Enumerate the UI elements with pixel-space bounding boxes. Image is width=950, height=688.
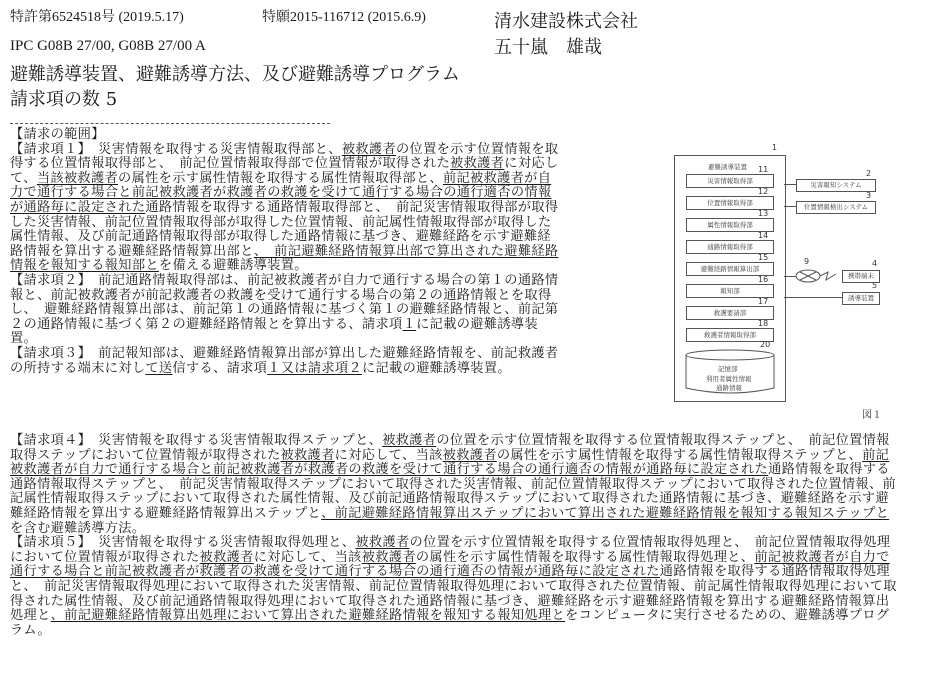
unit-box: 災害情報取得部 xyxy=(686,174,774,188)
claim-text: の位置を示す位置情報を取 xyxy=(396,142,558,157)
underlined-amendment: 被救護者 xyxy=(342,142,396,157)
claim-text: て、 xyxy=(10,171,37,186)
external-ref: 3 xyxy=(866,191,871,200)
claim-text: 取得ステップにおいて位置情報が取得された xyxy=(10,448,280,463)
claim-text-line: 力で通行する場合と前記被救護者が救護者の救護を受けて通行する場合の通行適否の情報 xyxy=(10,186,558,201)
underlined-amendment: 前記被救護者が自 xyxy=(443,171,551,186)
claim-text: 属性情報、及び前記通路情報取得部が取得した通路情報に基づき、避難経路を示す避難経 xyxy=(10,229,551,244)
main-device-label: 避難誘導装置 xyxy=(708,162,747,171)
document-title: 避難誘導装置、避難誘導方法、及び避難誘導プログラム xyxy=(10,63,460,87)
claim-text-line: が通路毎に設定された通路情報を取得する通路情報取得部と、 前記災害情報取得部が取… xyxy=(10,201,558,216)
claim-text: に対応し xyxy=(504,156,558,171)
storage-ref: 20 xyxy=(760,340,770,349)
figure-caption: 図１ xyxy=(862,406,882,421)
claim-text-line: 【請求項２】 前記通路情報取得部は、前記被救護者が自力で通行する場合の第１の通路… xyxy=(10,274,558,289)
ipc-classification: IPC G08B 27/00, G08B 27/00 A xyxy=(10,37,206,55)
claim-text: に記載の避難誘導装 xyxy=(416,317,538,332)
claim-text-line: ２の通路情報に基づく第２の避難経路情報とを算出する、請求項１に記載の避難誘導装 xyxy=(10,318,558,333)
external-ref: 2 xyxy=(866,169,871,178)
application-number: 特願2015-116712 (2015.6.9) xyxy=(262,9,426,27)
claim-count: 請求項の数 5 xyxy=(10,88,117,112)
unit-box: 属性情報取得部 xyxy=(686,218,774,232)
claim-text: の位置を示す位置情報を取得する位置情報取得ステップと、 前記位置情報 xyxy=(436,433,889,448)
claim-text: 記属性情報取得ステップにおいて取得された属性情報、及び前記通路情報取得ステップに… xyxy=(10,491,889,506)
unit-ref: 12 xyxy=(758,187,768,196)
unit-box: 通路情報取得部 xyxy=(686,240,774,254)
underlined-amendment: 当該被救護者 xyxy=(37,171,118,186)
claim-text: 通路情報を取得する通路情報取得処理 xyxy=(660,564,890,579)
network-icon xyxy=(794,268,844,286)
connector xyxy=(784,297,842,298)
underlined-amendment: 被救護者 xyxy=(362,550,416,565)
unit-box: 救護要請部 xyxy=(686,306,774,320)
claim-text: に対応して、当該 xyxy=(335,448,443,463)
claim-text-line: を含む避難誘導方法。 xyxy=(10,522,897,537)
claim-text-line: の所持する端末に対して送信する、請求項１又は請求項２に記載の避難誘導装置。 xyxy=(10,362,558,377)
inventor: 五十嵐 雄哉 xyxy=(494,36,602,60)
claim-text: 通路情報取得ステップと、 前記災害情報取得ステップにおいて取得された災害情報、前… xyxy=(10,477,896,492)
claim-text-line: 被救護者が自力で通行する場合と前記被救護者が救護者の救護を受けて通行する場合の通… xyxy=(10,463,897,478)
claim-text-line: 【請求項３】 前記報知部は、避難経路情報算出部が算出した避難経路情報を、前記救護… xyxy=(10,347,558,362)
underlined-amendment: １ xyxy=(403,317,417,332)
underlined-amendment: 被救護者 xyxy=(200,550,254,565)
claim-text-line: 【請求項１】 災害情報を取得する災害情報取得部と、被救護者の位置を示す位置情報を… xyxy=(10,143,558,158)
claim-text: を備える避難誘導装置。 xyxy=(159,258,308,273)
underlined-amendment: 被救護者 xyxy=(450,156,504,171)
claim-text: した災害情報、前記位置情報取得部が取得した位置情報、前記属性情報取得部が取得した xyxy=(10,215,552,230)
claim-text-line: 取得ステップにおいて位置情報が取得された被救護者に対応して、当該被救護者の属性を… xyxy=(10,449,897,464)
claim-text-line: 報と、前記被救護者が前記救護者の救護を受けて通行する場合の第２の通路情報とを取得 xyxy=(10,289,558,304)
underlined-amendment: 被救護者 xyxy=(382,433,436,448)
claim-text: に記載の避難誘導装置。 xyxy=(362,361,511,376)
unit-ref: 15 xyxy=(758,253,768,262)
claim-text: 【請求項５】 災害情報を取得する災害情報取得処理と、 xyxy=(10,535,355,550)
claim-text: 【請求項１】 災害情報を取得する災害情報取得部と、 xyxy=(10,142,342,157)
claim-text: ラム。 xyxy=(10,623,51,638)
claim-text-line: 記属性情報取得ステップにおいて取得された属性情報、及び前記通路情報取得ステップに… xyxy=(10,492,897,507)
underlined-amendment: 、前記避難経路情報算出処理において算出された避難経路情報を報知する報知処理と xyxy=(51,608,565,623)
connector xyxy=(784,206,796,207)
underlined-amendment: て送 xyxy=(145,361,172,376)
claim-text: 得された属性情報、及び前記通路情報取得処理において取得された通路情報に基づき、避… xyxy=(10,594,889,609)
external-box: 災害報知システム xyxy=(796,179,876,192)
claim-text-line: と、 前記災害情報取得処理において取得された災害情報、前記位置情報取得処理におい… xyxy=(10,580,897,595)
divider xyxy=(10,123,330,124)
claims-block-1: 【請求項１】 災害情報を取得する災害情報取得部と、被救護者の位置を示す位置情報を… xyxy=(10,143,558,377)
claim-text-line: 属性情報、及び前記通路情報取得部が取得した通路情報に基づき、避難経路を示す避難経 xyxy=(10,230,558,245)
underlined-amendment: 被救護者が自力で通行する場合と前記被救護者が救護者の救護を受けて通行する場合の通… xyxy=(10,462,768,477)
claim-text-line: 【請求項５】 災害情報を取得する災害情報取得処理と、被救護者の位置を示す位置情報… xyxy=(10,536,897,551)
claim-text: 通路情報を取得する通路情報取得部と、 前記災害情報取得部が取得 xyxy=(145,200,558,215)
underlined-amendment: 力で通行する場合と前記被救護者が救護者の救護を受けて通行する場合の通行適否の情報 xyxy=(10,185,552,200)
claim-text: を含む避難誘導方法。 xyxy=(10,521,145,536)
claim-text: 難経路情報を算出する避難経路情報算出ステップと xyxy=(10,506,321,521)
claim-text-line: し、 避難経路情報算出部は、前記第１の通路情報に基づく第１の避難経路情報と、前記… xyxy=(10,303,558,318)
claim-text-line: 難経路情報を算出する避難経路情報算出ステップと、前記避難経路情報算出ステップにお… xyxy=(10,507,897,522)
underlined-amendment: 前記被救護者が自力で xyxy=(754,550,889,565)
claim-text: の属性を示す属性情報を取得する属性情報取得処理と、 xyxy=(416,550,754,565)
underlined-amendment: １又は請求項２ xyxy=(267,361,362,376)
unit-box: 位置情報取得部 xyxy=(686,196,774,210)
figure-1-diagram: 1 避難誘導装置 災害情報取得部 11 位置情報取得部 12 属性情報取得部 1… xyxy=(672,140,898,420)
claim-text: 【請求項４】 災害情報を取得する災害情報取得ステップと、 xyxy=(10,433,382,448)
claim-text: と、 前記災害情報取得処理において取得された災害情報、前記位置情報取得処理におい… xyxy=(10,579,897,594)
claim-text: 【請求項２】 前記通路情報取得部は、前記被救護者が自力で通行する場合の第１の通路… xyxy=(10,273,558,288)
claim-text: の所持する端末に対し xyxy=(10,361,145,376)
claim-text: に対応して、当該 xyxy=(254,550,362,565)
claim-text: 得する位置情報取得部と、 前記位置情報取得部で位置情報が取得された xyxy=(10,156,450,171)
claim-text-line: 通行する場合と前記被救護者が救護者の救護を受けて通行する場合の通行適否の情報が通… xyxy=(10,565,897,580)
patent-number: 特許第6524518号 (2019.5.17) xyxy=(10,9,184,27)
claim-text: において位置情報が取得された xyxy=(10,550,200,565)
claim-text-line: 得する位置情報取得部と、 前記位置情報取得部で位置情報が取得された被救護者に対応… xyxy=(10,157,558,172)
underlined-amendment: 通行する場合と前記被救護者が救護者の救護を受けて通行する場合の通行適否の情報が通… xyxy=(10,564,660,579)
claim-text: 【請求項３】 前記報知部は、避難経路情報算出部が算出した避難経路情報を、前記救護… xyxy=(10,346,558,361)
external-box: 誘導装置 xyxy=(842,292,880,305)
claim-text-line: ラム。 xyxy=(10,624,897,639)
claim-text: をコンピュータに実行させるための、避難誘導プログ xyxy=(565,608,889,623)
connector xyxy=(784,184,796,185)
claim-text-line: 得された属性情報、及び前記通路情報取得処理において取得された通路情報に基づき、避… xyxy=(10,595,897,610)
claim-text: ２の通路情報に基づく第２の避難経路情報とを算出する、請求項 xyxy=(10,317,403,332)
section-heading: 【請求の範囲】 xyxy=(10,128,558,143)
claim-text: 通路情報を取得する xyxy=(768,462,890,477)
underlined-amendment: 被救護者 xyxy=(280,448,334,463)
claim-text: の位置を示す位置情報を取得する位置情報取得処理と、 前記位置情報取得処理 xyxy=(410,535,891,550)
external-box: 位置情報検出システム xyxy=(796,201,876,214)
claim-text: 処理と xyxy=(10,608,51,623)
claim-text-line: 置。 xyxy=(10,332,558,347)
underlined-amendment: 被救護者 xyxy=(355,535,409,550)
underlined-amendment: 被救護者 xyxy=(443,448,497,463)
claim-text: の属性を示す属性情報を取得する属性情報取得ステップと、 xyxy=(497,448,862,463)
unit-box: 避難経路情報算出部 xyxy=(686,262,774,276)
unit-ref: 18 xyxy=(758,319,768,328)
claim-text-line: 【請求項４】 災害情報を取得する災害情報取得ステップと、被救護者の位置を示す位置… xyxy=(10,434,897,449)
underlined-amendment: 、前記避難経路情報算出ステップにおいて算出された避難経路情報を報知する報知ステッ… xyxy=(321,506,889,521)
claim-text-line: した災害情報、前記位置情報取得部が取得した位置情報、前記属性情報取得部が取得した xyxy=(10,216,558,231)
claim-text: 路情報を算出する避難経路情報算出部と xyxy=(10,244,254,259)
unit-ref: 11 xyxy=(758,165,768,174)
ref-main-device: 1 xyxy=(772,143,777,152)
applicant: 清水建設株式会社 xyxy=(494,10,638,34)
underlined-amendment: が通路毎に設定された xyxy=(10,200,145,215)
claims-section: 【請求の範囲】 【請求項１】 災害情報を取得する災害情報取得部と、被救護者の位置… xyxy=(10,128,558,376)
claims-section-2: 【請求項４】 災害情報を取得する災害情報取得ステップと、被救護者の位置を示す位置… xyxy=(10,434,897,638)
external-ref: 4 xyxy=(872,259,877,268)
unit-ref: 13 xyxy=(758,209,768,218)
unit-ref: 14 xyxy=(758,231,768,240)
unit-ref: 16 xyxy=(758,275,768,284)
storage-content-2: 通路情報 xyxy=(716,383,742,392)
storage-label: 記憶部 xyxy=(718,364,738,373)
claim-text: の属性を示す属性情報を取得する属性情報取得部と、 xyxy=(118,171,443,186)
claim-text-line: 処理と、前記避難経路情報算出処理において算出された避難経路情報を報知する報知処理… xyxy=(10,609,897,624)
unit-box: 報知部 xyxy=(686,284,774,298)
storage-content-1: 利用者属性情報 xyxy=(706,374,752,383)
claim-text: し、 避難経路情報算出部は、前記第１の通路情報に基づく第１の避難経路情報と、前記… xyxy=(10,302,558,317)
external-ref: 5 xyxy=(872,281,877,290)
unit-ref: 17 xyxy=(758,297,768,306)
underlined-amendment: 情報を報知する報知部と xyxy=(10,258,159,273)
claim-text: 置。 xyxy=(10,331,37,346)
network-ref: 9 xyxy=(804,257,809,266)
underlined-amendment: 前記 xyxy=(862,448,889,463)
claim-text: 信する、請求項 xyxy=(172,361,267,376)
claim-text-line: 情報を報知する報知部とを備える避難誘導装置。 xyxy=(10,259,558,274)
claims-block-2: 【請求項４】 災害情報を取得する災害情報取得ステップと、被救護者の位置を示す位置… xyxy=(10,434,897,638)
underlined-amendment: 、 前記避難経路情報算出部で算出された避難経路 xyxy=(254,244,559,259)
claim-text: 報と、前記被救護者が前記救護者の救護を受けて通行する場合の第２の通路情報とを取得 xyxy=(10,288,552,303)
